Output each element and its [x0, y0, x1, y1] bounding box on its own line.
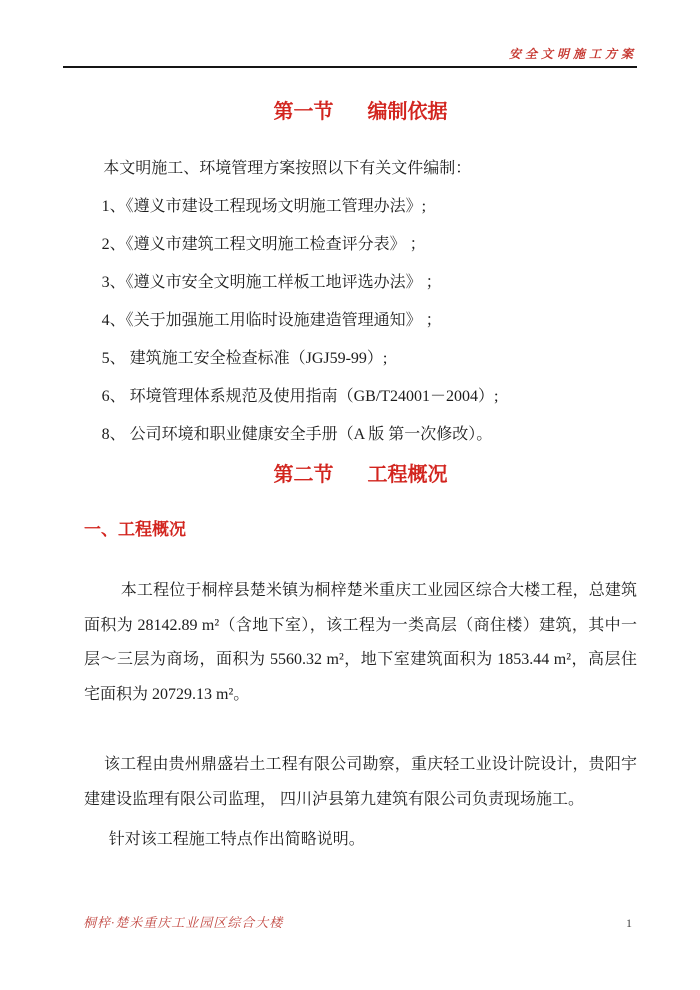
document-body: 第一节编制依据 本文明施工、环境管理方案按照以下有关文件编制： 1、《遵义市建设…	[84, 68, 637, 858]
section2-title-prefix: 第二节	[274, 464, 334, 486]
project-note-paragraph: 针对该工程施工特点作出简略说明。	[84, 823, 637, 858]
reference-item-1: 1、《遵义市建设工程现场文明施工管理办法》;	[84, 195, 637, 219]
header-title: 安全文明施工方案	[509, 45, 637, 66]
document-page: 安全文明施工方案 第一节编制依据 本文明施工、环境管理方案按照以下有关文件编制：…	[0, 0, 700, 990]
footer-project-name: 桐梓·楚米重庆工业园区综合大楼	[83, 912, 283, 931]
project-parties-paragraph: 该工程由贵州鼎盛岩土工程有限公司勘察，重庆轻工业设计院设计，贵阳宇建建设监理有限…	[84, 748, 637, 817]
section1-title: 第一节编制依据	[84, 100, 637, 125]
section2-title-text: 工程概况	[368, 464, 448, 486]
reference-item-4: 4、《关于加强施工用临时设施建造管理通知》 ；	[84, 309, 637, 333]
reference-item-3: 3、《遵义市安全文明施工样板工地评选办法》 ；	[84, 271, 637, 295]
section1-title-text: 编制依据	[368, 101, 448, 123]
section1-intro: 本文明施工、环境管理方案按照以下有关文件编制：	[84, 157, 637, 181]
page-header: 安全文明施工方案	[63, 0, 637, 68]
reference-item-5: 5、 建筑施工安全检查标准（JGJ59-99）;	[84, 347, 637, 371]
project-overview-paragraph: 本工程位于桐梓县楚米镇为桐梓楚米重庆工业园区综合大楼工程，总建筑面积为 2814…	[84, 574, 637, 712]
section1-title-prefix: 第一节	[274, 101, 334, 123]
reference-item-8: 8、 公司环境和职业健康安全手册（A 版 第一次修改）。	[84, 423, 637, 447]
footer-page-number: 1	[626, 916, 632, 931]
section2-subheading: 一、工程概况	[84, 518, 637, 542]
reference-item-2: 2、《遵义市建筑工程文明施工检查评分表》 ；	[84, 233, 637, 257]
section2-title: 第二节工程概况	[84, 463, 637, 488]
reference-item-6: 6、 环境管理体系规范及使用指南（GB/T24001－2004）;	[84, 385, 637, 409]
